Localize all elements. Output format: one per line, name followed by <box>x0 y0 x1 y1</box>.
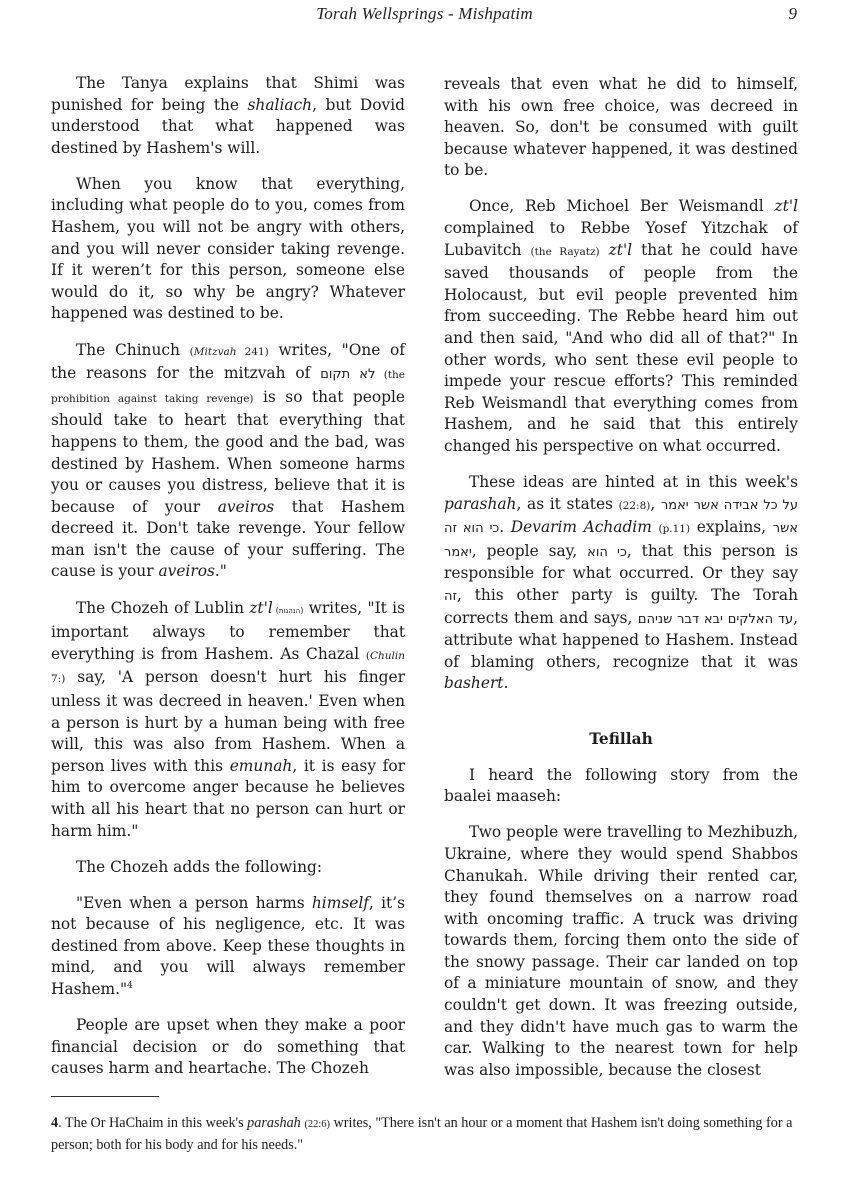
footnote-4: 4. The Or HaChaim in this week's parasha… <box>51 1113 811 1155</box>
text-run: , people say, <box>472 542 587 560</box>
text-run: 7:) <box>51 673 65 685</box>
text-run: . <box>499 518 511 536</box>
verse-reference: (22:6) <box>304 1119 330 1130</box>
verse-reference: (22:8) <box>619 500 651 512</box>
left-column: The Tanya explains that Shimi was punish… <box>51 73 405 1094</box>
italic-term-himself: himself <box>312 894 369 912</box>
paragraph-even-when: "Even when a person harms himself, it’s … <box>51 893 405 1001</box>
paragraph-chinuch: The Chinuch (Mitzvah 241) writes, "One o… <box>51 340 405 584</box>
text-run: The Chozeh of Lublin <box>76 599 249 617</box>
paragraph-weismandl: Once, Reb Michoel Ber Weismandl zt'l com… <box>444 196 798 457</box>
paragraph-hinted: These ideas are hinted at in this week's… <box>444 472 798 695</box>
text-run: These ideas are hinted at in this week's <box>469 473 798 491</box>
paragraph-when-you-know: When you know that everything, including… <box>51 174 405 325</box>
italic-term-aveiros: aveiros <box>218 498 274 516</box>
paragraph-reveals: reveals that even what he did to himself… <box>444 74 798 182</box>
text-run: is so that people should take to heart t… <box>51 388 405 516</box>
source-reference: (Mitzvah 241) <box>190 346 269 358</box>
hebrew-quote: כי הוא <box>587 545 627 560</box>
italic-term-bashert: bashert <box>444 674 504 692</box>
italic-term-parashah: parashah <box>444 495 516 513</box>
text-run: that he could have saved thousands of pe… <box>444 241 798 455</box>
text-run: , as it states <box>516 495 618 513</box>
honorific-ztl: zt'l <box>775 197 798 215</box>
hebrew-quote: עד האלקים יבא דבר שניהם <box>638 612 793 627</box>
honorific-ztl: zt'l <box>609 241 632 259</box>
running-title: Torah Wellsprings - Mishpatim <box>0 4 849 24</box>
paragraph-people-are-upset: People are upset when they make a poor f… <box>51 1015 405 1080</box>
italic-term-shaliach: shaliach <box>248 96 313 114</box>
running-header: Torah Wellsprings - Mishpatim 9 <box>0 4 849 26</box>
paragraph-chozeh-adds: The Chozeh adds the following: <box>51 857 405 879</box>
italic-term-parashah: parashah <box>247 1115 301 1131</box>
honorific-ztl: zt'l <box>249 599 272 617</box>
paragraph-chozeh-of-lublin: The Chozeh of Lublin zt'l (הנהגות) write… <box>51 598 405 843</box>
paragraph-two-people: Two people were travelling to Mezhibuzh,… <box>444 822 798 1081</box>
text-run: . The Or HaChaim in this week's <box>58 1115 247 1131</box>
text-run: 241) <box>237 346 269 358</box>
paragraph-tanya: The Tanya explains that Shimi was punish… <box>51 73 405 159</box>
text-run: , <box>650 495 661 513</box>
italic-term-emunah: emunah <box>230 757 293 775</box>
footnote-reference[interactable]: 4 <box>127 981 133 991</box>
page-number: 9 <box>789 4 798 24</box>
text-run: Mitzvah <box>194 346 237 358</box>
hebrew-quote: זה <box>444 589 457 604</box>
text-run: Once, Reb Michoel Ber Weismandl <box>469 197 775 215</box>
text-run: ." <box>215 562 227 580</box>
hebrew-source-title: הנהגות <box>279 607 300 615</box>
right-column: reveals that even what he did to himself… <box>444 74 798 1096</box>
page-reference: (p.11) <box>658 523 690 535</box>
text-run: "Even when a person harms <box>76 894 312 912</box>
italic-term-aveiros: aveiros <box>158 562 214 580</box>
hebrew-quote: לא תקום <box>320 367 375 382</box>
source-reference: (הנהגות) <box>273 606 304 615</box>
footnote-divider <box>51 1096 159 1097</box>
text-run: explains, <box>690 518 773 536</box>
text-run: . <box>504 674 509 692</box>
text-run: The Chinuch <box>76 341 190 359</box>
italic-book-title: Devarim Achadim <box>511 518 652 536</box>
text-run: Chulin <box>370 650 405 662</box>
paragraph-i-heard: I heard the following story from the baa… <box>444 765 798 808</box>
gloss: (the Rayatz) <box>530 246 599 258</box>
text-run <box>600 241 609 259</box>
section-heading-tefillah: Tefillah <box>444 729 798 751</box>
